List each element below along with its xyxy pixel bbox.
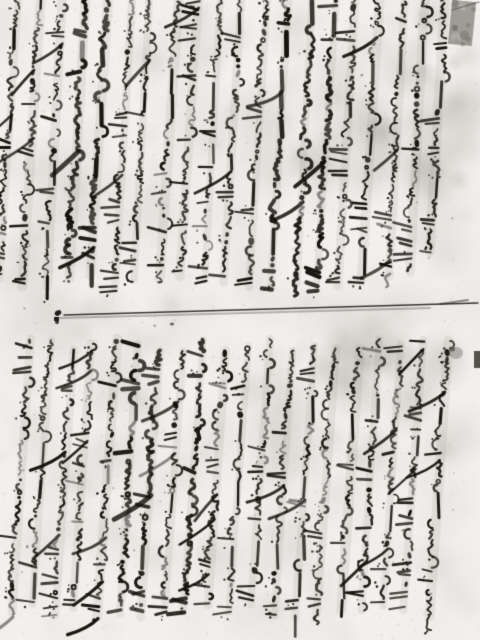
scanned-manuscript [0, 0, 480, 640]
manuscript-ink-canvas [0, 0, 480, 640]
